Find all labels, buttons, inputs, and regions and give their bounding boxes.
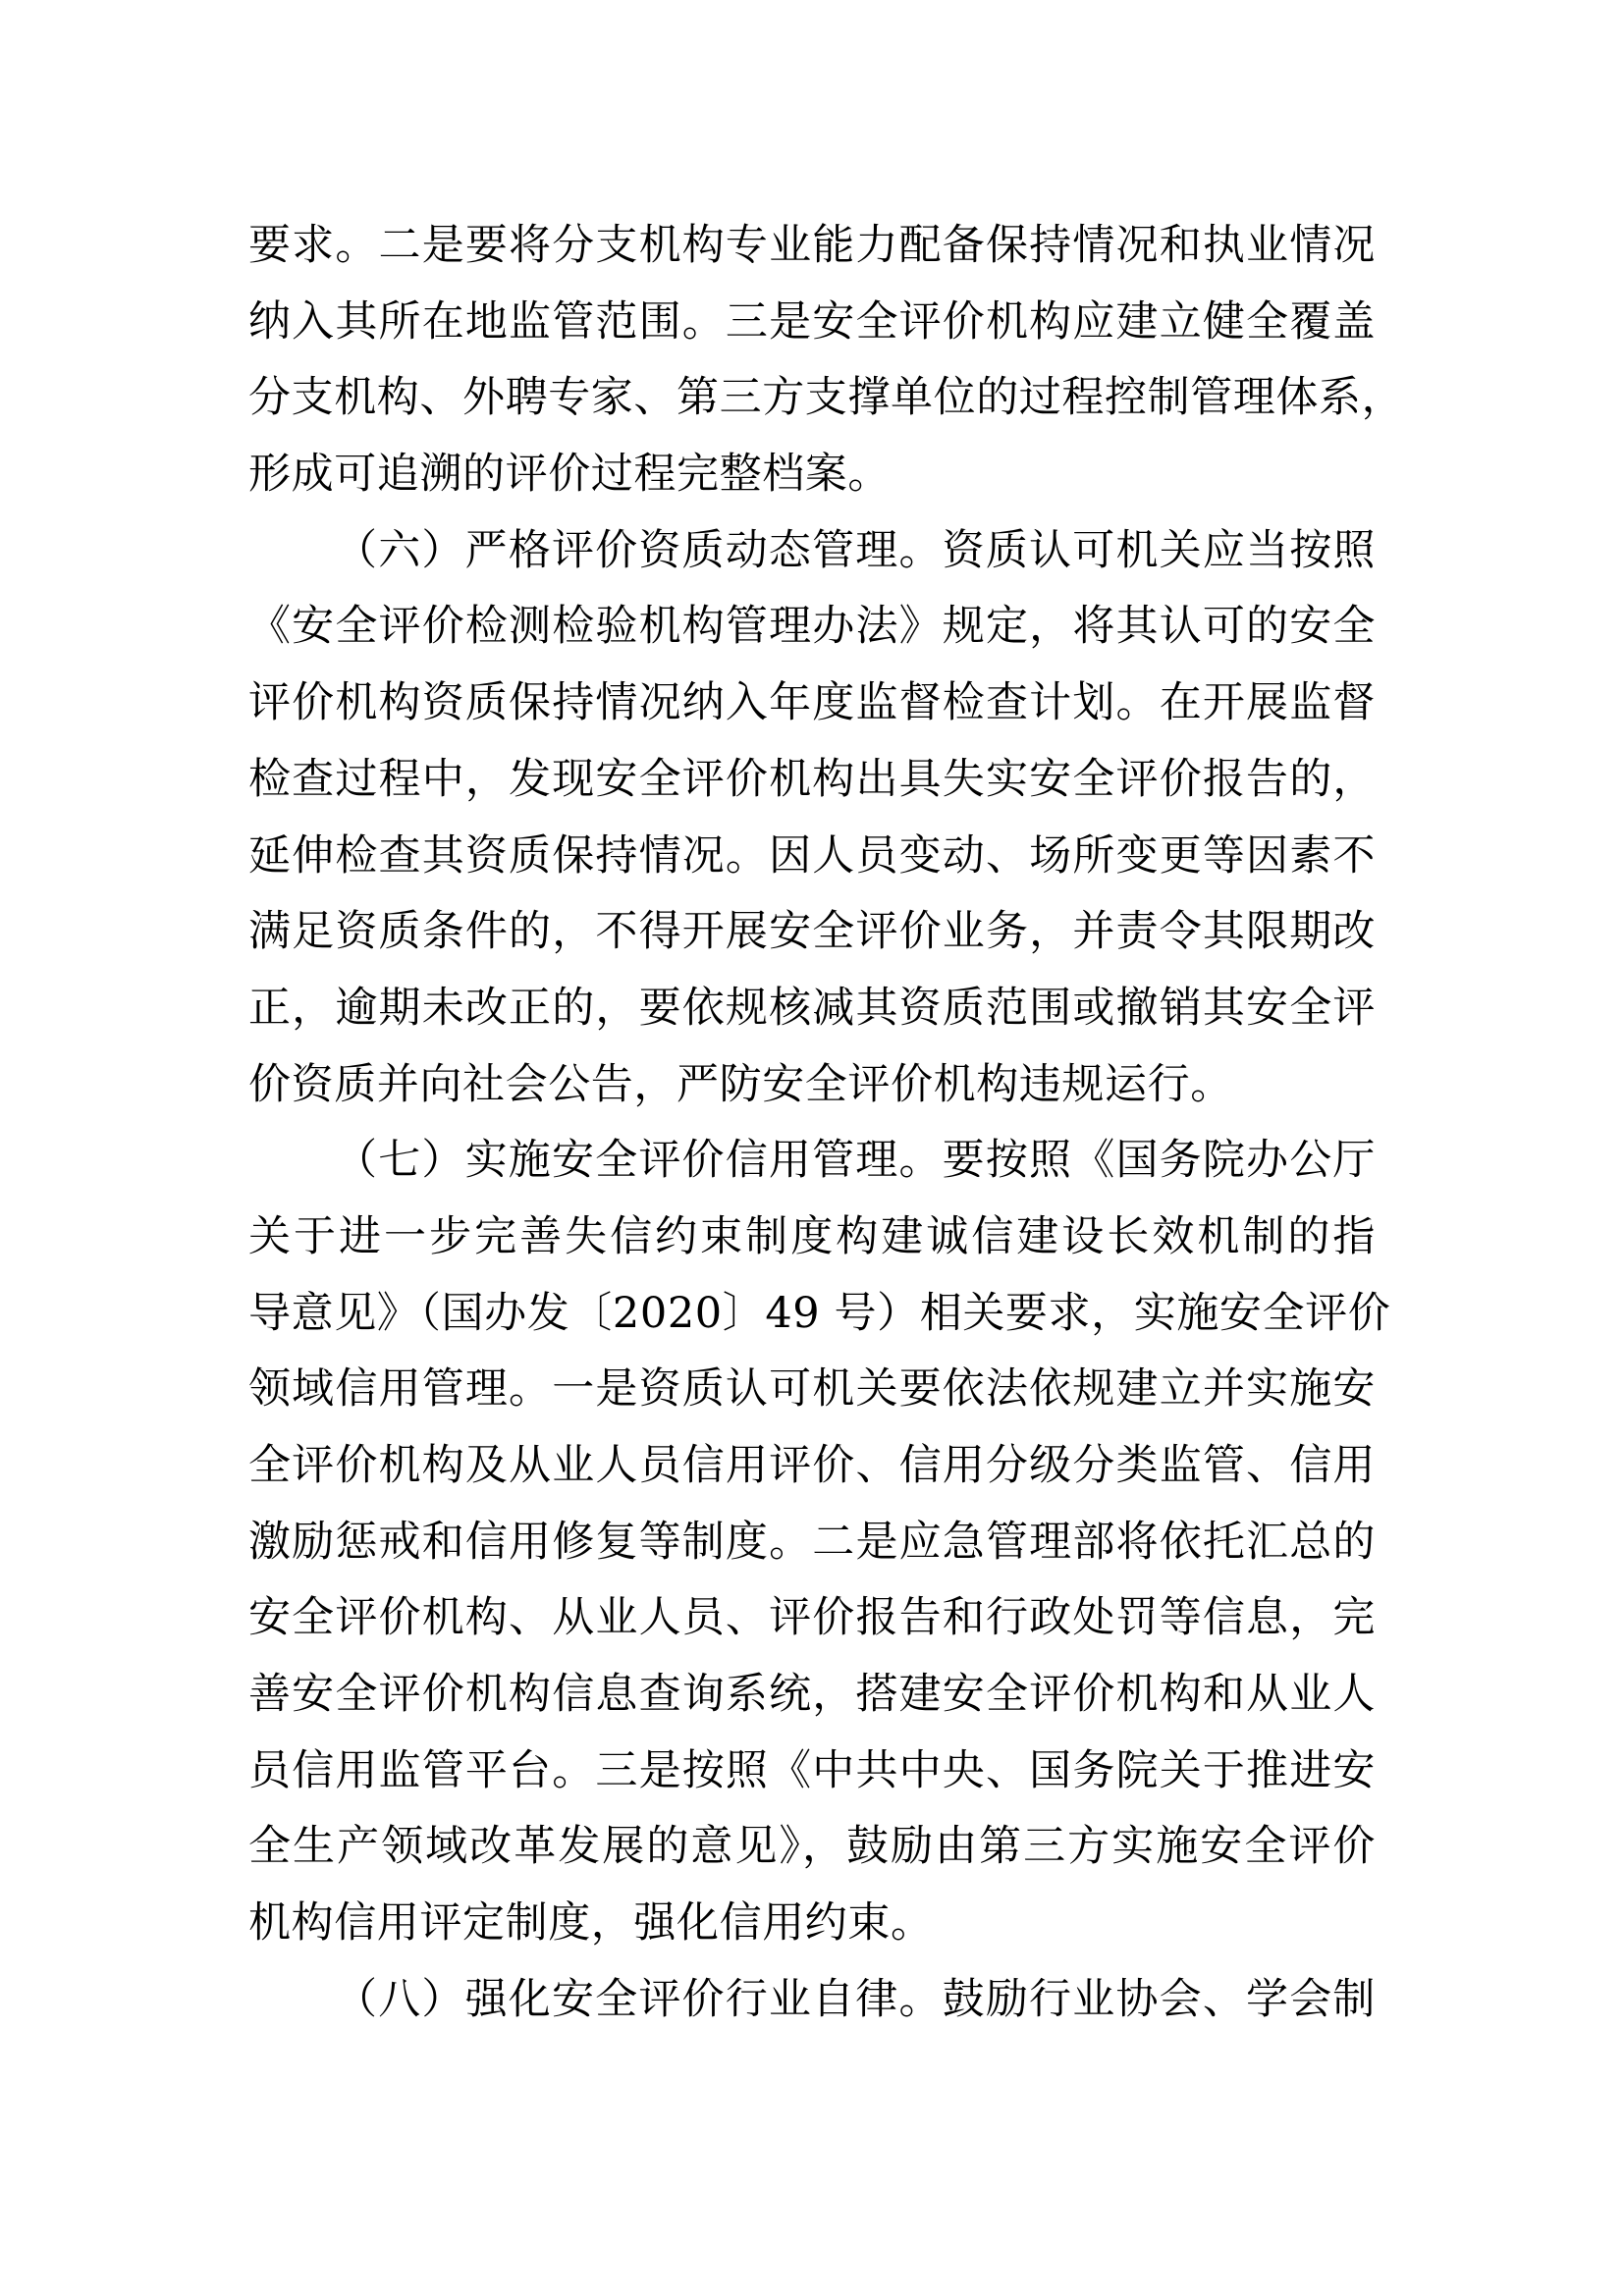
text-line: 分支机构、外聘专家、第三方支撑单位的过程控制管理体系，: [248, 360, 1376, 437]
text-line: 要求。二是要将分支机构专业能力配备保持情况和执业情况: [248, 208, 1376, 285]
text-line: 领域信用管理。一是资质认可机关要依法依规建立并实施安: [248, 1352, 1376, 1428]
text-line: 善安全评价机构信息查询系统，搭建安全评价机构和从业人: [248, 1657, 1376, 1734]
section-heading-line: （七）实施安全评价信用管理。要按照《国务院办公厅: [248, 1123, 1376, 1200]
text-line: 形成可追溯的评价过程完整档案。: [248, 437, 1376, 513]
section-heading-line: （八）强化安全评价行业自律。鼓励行业协会、学会制: [248, 1962, 1376, 2039]
text-line: 《安全评价检测检验机构管理办法》规定，将其认可的安全: [248, 589, 1376, 666]
paragraph-section-8: （八）强化安全评价行业自律。鼓励行业协会、学会制: [248, 1962, 1376, 2039]
text-line: 激励惩戒和信用修复等制度。二是应急管理部将依托汇总的: [248, 1505, 1376, 1581]
text-line: 检查过程中，发现安全评价机构出具失实安全评价报告的，: [248, 742, 1376, 819]
text-line: 评价机构资质保持情况纳入年度监督检查计划。在开展监督: [248, 666, 1376, 742]
text-line: 员信用监管平台。三是按照《中共中央、国务院关于推进安: [248, 1734, 1376, 1810]
text-line: 导意见》（国办发〔2020〕49 号）相关要求，实施安全评价: [248, 1276, 1376, 1353]
text-line: 纳入其所在地监管范围。三是安全评价机构应建立健全覆盖: [248, 285, 1376, 361]
paragraph-section-6: （六）严格评价资质动态管理。资质认可机关应当按照 《安全评价检测检验机构管理办法…: [248, 513, 1376, 1124]
text-line: 关于进一步完善失信约束制度构建诚信建设长效机制的指: [248, 1200, 1376, 1276]
document-page: 要求。二是要将分支机构专业能力配备保持情况和执业情况 纳入其所在地监管范围。三是…: [248, 208, 1376, 2039]
text-line: 价资质并向社会公告，严防安全评价机构违规运行。: [248, 1047, 1376, 1124]
text-line: 满足资质条件的，不得开展安全评价业务，并责令其限期改: [248, 894, 1376, 971]
section-heading-line: （六）严格评价资质动态管理。资质认可机关应当按照: [248, 513, 1376, 590]
text-line: 机构信用评定制度，强化信用约束。: [248, 1886, 1376, 1962]
paragraph-section-7: （七）实施安全评价信用管理。要按照《国务院办公厅 关于进一步完善失信约束制度构建…: [248, 1123, 1376, 1962]
paragraph-branch-supervision: 要求。二是要将分支机构专业能力配备保持情况和执业情况 纳入其所在地监管范围。三是…: [248, 208, 1376, 513]
text-line: 延伸检查其资质保持情况。因人员变动、场所变更等因素不: [248, 819, 1376, 895]
text-line: 正，逾期未改正的，要依规核减其资质范围或撤销其安全评: [248, 971, 1376, 1047]
text-line: 安全评价机构、从业人员、评价报告和行政处罚等信息，完: [248, 1580, 1376, 1657]
text-line: 全评价机构及从业人员信用评价、信用分级分类监管、信用: [248, 1428, 1376, 1505]
text-line: 全生产领域改革发展的意见》，鼓励由第三方实施安全评价: [248, 1809, 1376, 1886]
